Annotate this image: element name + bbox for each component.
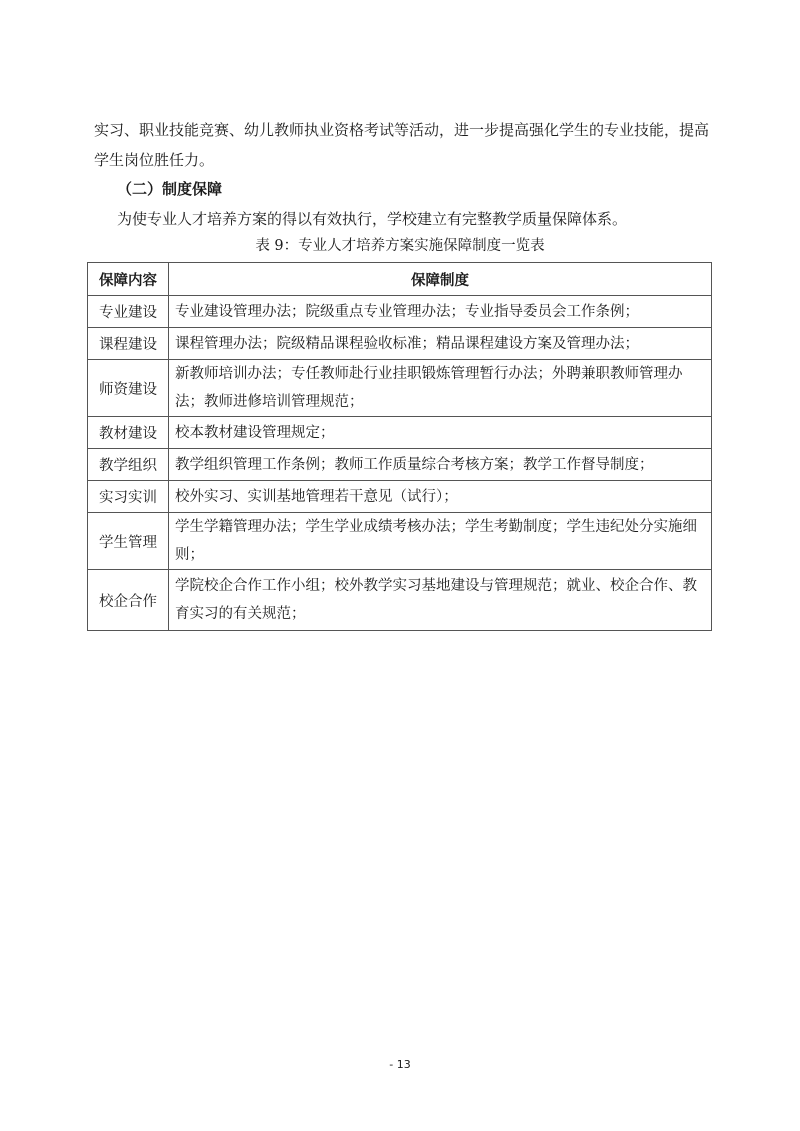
row-category: 教材建设 (88, 417, 169, 449)
table-header-row: 保障内容 保障制度 (88, 263, 712, 296)
header-content: 保障制度 (169, 263, 712, 296)
row-content: 校本教材建设管理规定； (169, 417, 712, 449)
guarantee-system-table: 保障内容 保障制度 专业建设 专业建设管理办法；院级重点专业管理办法；专业指导委… (87, 262, 712, 631)
row-category: 课程建设 (88, 328, 169, 360)
table-caption: 表 9：专业人才培养方案实施保障制度一览表 (0, 236, 800, 256)
table-row: 教材建设 校本教材建设管理规定； (88, 417, 712, 449)
table-row: 实习实训 校外实习、实训基地管理若干意见（试行）； (88, 481, 712, 513)
row-content: 教学组织管理工作条例；教师工作质量综合考核方案；教学工作督导制度； (169, 449, 712, 481)
page-number: - 13 (0, 1058, 800, 1071)
header-category: 保障内容 (88, 263, 169, 296)
row-category: 专业建设 (88, 296, 169, 328)
row-category: 学生管理 (88, 513, 169, 570)
row-category: 校企合作 (88, 570, 169, 631)
row-content: 学院校企合作工作小组；校外教学实习基地建设与管理规范；就业、校企合作、教育实习的… (169, 570, 712, 631)
table-row: 师资建设 新教师培训办法；专任教师赴行业挂职锻炼管理暂行办法；外聘兼职教师管理办… (88, 360, 712, 417)
table-row: 课程建设 课程管理办法；院级精品课程验收标准；精品课程建设方案及管理办法； (88, 328, 712, 360)
paragraph-line: 学生岗位胜任力。 (94, 150, 214, 170)
table-row: 学生管理 学生学籍管理办法；学生学业成绩考核办法；学生考勤制度；学生违纪处分实施… (88, 513, 712, 570)
table-row: 教学组织 教学组织管理工作条例；教师工作质量综合考核方案；教学工作督导制度； (88, 449, 712, 481)
table-row: 专业建设 专业建设管理办法；院级重点专业管理办法；专业指导委员会工作条例； (88, 296, 712, 328)
row-category: 实习实训 (88, 481, 169, 513)
row-content: 新教师培训办法；专任教师赴行业挂职锻炼管理暂行办法；外聘兼职教师管理办法；教师进… (169, 360, 712, 417)
paragraph-line: 实习、职业技能竞赛、幼儿教师执业资格考试等活动，进一步提高强化学生的专业技能，提… (94, 120, 709, 140)
row-content: 学生学籍管理办法；学生学业成绩考核办法；学生考勤制度；学生违纪处分实施细则； (169, 513, 712, 570)
row-category: 教学组织 (88, 449, 169, 481)
row-content: 专业建设管理办法；院级重点专业管理办法；专业指导委员会工作条例； (169, 296, 712, 328)
row-category: 师资建设 (88, 360, 169, 417)
table-row: 校企合作 学院校企合作工作小组；校外教学实习基地建设与管理规范；就业、校企合作、… (88, 570, 712, 631)
paragraph: 为使专业人才培养方案的得以有效执行，学校建立有完整教学质量保障体系。 (117, 209, 627, 229)
row-content: 校外实习、实训基地管理若干意见（试行）； (169, 481, 712, 513)
row-content: 课程管理办法；院级精品课程验收标准；精品课程建设方案及管理办法； (169, 328, 712, 360)
section-heading: （二）制度保障 (117, 179, 222, 199)
